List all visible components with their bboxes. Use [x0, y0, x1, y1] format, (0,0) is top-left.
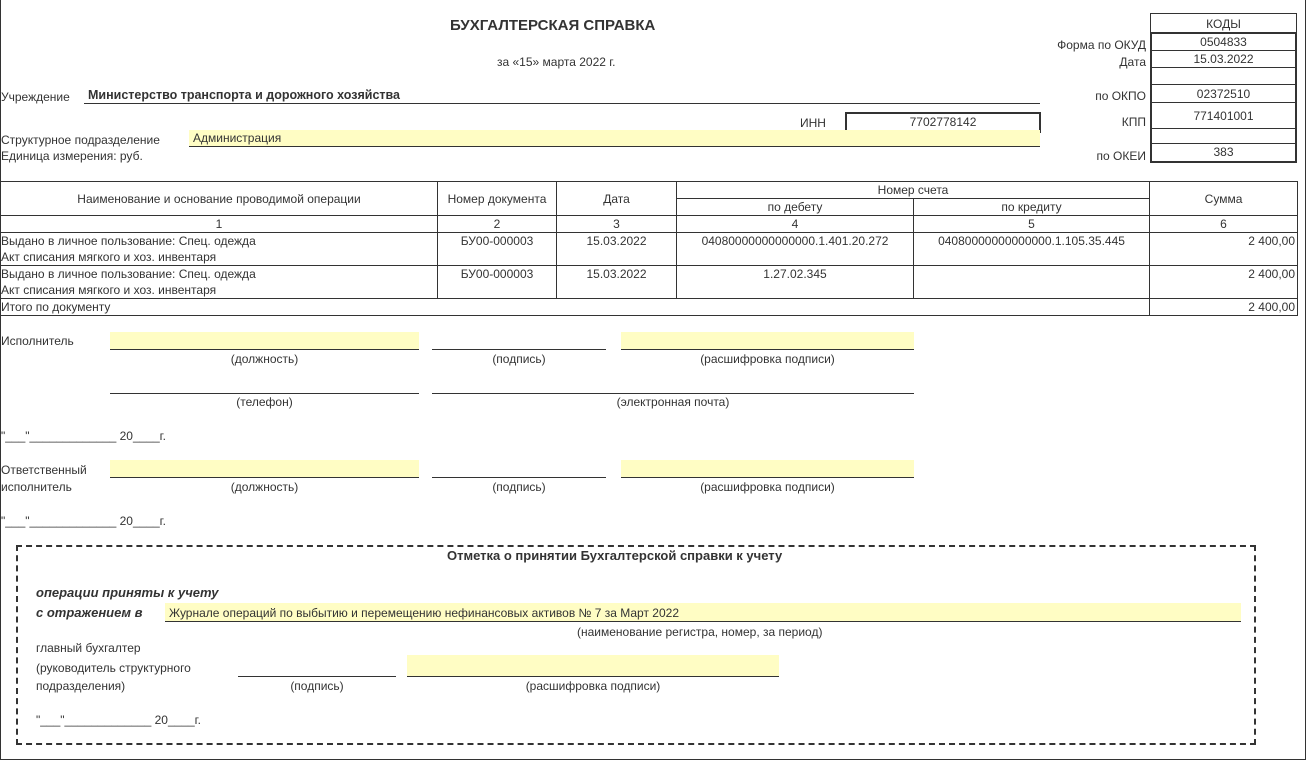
signature-caption: (подпись) — [238, 679, 396, 693]
header-date: Дата — [557, 182, 677, 216]
operation-line: Выдано в личное пользование: Спец. одежд… — [1, 233, 435, 249]
doc-number-cell: БУ00-000003 — [438, 266, 557, 299]
total-row: Итого по документу 2 400,00 — [1, 299, 1298, 316]
date-code-label: Дата — [996, 55, 1146, 69]
debit-cell: 04080000000000000.1.401.20.272 — [677, 233, 914, 266]
responsible-position-field[interactable] — [110, 460, 419, 478]
division-field[interactable]: Администрация — [189, 130, 1040, 147]
okpo-label: по ОКПО — [996, 89, 1146, 103]
executor-phone-field[interactable] — [110, 376, 419, 394]
signature-caption: (подпись) — [432, 352, 606, 366]
decoding-caption: (расшифровка подписи) — [621, 352, 914, 366]
phone-caption: (телефон) — [110, 395, 419, 409]
col-number: 2 — [438, 216, 557, 233]
credit-cell: 04080000000000000.1.105.35.445 — [914, 233, 1150, 266]
date-cell: 15.03.2022 — [557, 233, 677, 266]
responsible-decoding-field[interactable] — [621, 460, 914, 478]
executor-signature-field[interactable] — [432, 332, 606, 350]
total-sum: 2 400,00 — [1150, 299, 1298, 316]
executor-label: Исполнитель — [1, 334, 74, 348]
operation-line: Акт списания мягкого и хоз. инвентаря — [1, 249, 435, 265]
acceptance-title: Отметка о принятии Бухгалтерской справки… — [447, 548, 782, 563]
executor-decoding-field[interactable] — [621, 332, 914, 350]
inn-label: ИНН — [800, 116, 826, 130]
kpp-value: 771401001 — [1152, 103, 1295, 129]
position-caption: (должность) — [110, 352, 419, 366]
col-number: 3 — [557, 216, 677, 233]
chief-label-2: (руководитель структурного — [36, 661, 191, 675]
header-doc-number: Номер документа — [438, 182, 557, 216]
col-number: 5 — [914, 216, 1150, 233]
col-number: 6 — [1150, 216, 1298, 233]
empty-code-row — [1152, 68, 1295, 85]
credit-cell — [914, 266, 1150, 299]
okud-value: 0504833 — [1152, 34, 1295, 51]
register-field[interactable]: Журнале операций по выбытию и перемещени… — [165, 603, 1241, 622]
header-account: Номер счета — [677, 182, 1150, 199]
chief-label-3: подразделения) — [36, 679, 125, 693]
institution-field[interactable]: Министерство транспорта и дорожного хозя… — [84, 88, 1040, 104]
date-code-value: 15.03.2022 — [1152, 51, 1295, 68]
chief-decoding-field[interactable] — [407, 655, 779, 677]
executor-date: "___"_____________ 20____г. — [1, 429, 166, 443]
decoding-caption: (расшифровка подписи) — [621, 480, 914, 494]
col-number: 1 — [1, 216, 438, 233]
institution-label: Учреждение — [1, 90, 70, 104]
executor-position-field[interactable] — [110, 332, 419, 350]
codes-table: КОДЫ 0504833 15.03.2022 02372510 7714010… — [1150, 13, 1297, 163]
chief-signature-field[interactable] — [238, 659, 396, 677]
header-operation: Наименование и основание проводимой опер… — [1, 182, 438, 216]
header-debit: по дебету — [677, 199, 914, 216]
header-sum: Сумма — [1150, 182, 1298, 216]
register-caption: (наименование регистра, номер, за период… — [577, 625, 822, 639]
table-row: Выдано в личное пользование: Спец. одежд… — [1, 266, 1298, 299]
date-cell: 15.03.2022 — [557, 266, 677, 299]
okei-label: по ОКЕИ — [996, 149, 1146, 163]
signature-caption: (подпись) — [432, 480, 606, 494]
accepted-line-2: с отражением в — [36, 605, 142, 620]
responsible-signature-field[interactable] — [432, 460, 606, 478]
document-period: за «15» марта 2022 г. — [497, 55, 616, 69]
codes-header: КОДЫ — [1150, 13, 1297, 33]
okpo-value: 02372510 — [1152, 85, 1295, 103]
chief-label-1: главный бухгалтер — [36, 641, 141, 655]
unit-label: Единица измерения: руб. — [1, 149, 143, 163]
debit-cell: 1.27.02.345 — [677, 266, 914, 299]
header-credit: по кредиту — [914, 199, 1150, 216]
kpp-label: КПП — [996, 115, 1146, 129]
sum-cell: 2 400,00 — [1150, 233, 1298, 266]
table-row: Выдано в личное пользование: Спец. одежд… — [1, 233, 1298, 266]
acceptance-box — [16, 545, 1256, 745]
email-caption: (электронная почта) — [432, 395, 914, 409]
doc-number-cell: БУ00-000003 — [438, 233, 557, 266]
col-number: 4 — [677, 216, 914, 233]
okei-value: 383 — [1152, 144, 1295, 161]
division-label: Структурное подразделение — [1, 133, 160, 147]
position-caption: (должность) — [110, 480, 419, 494]
executor-email-field[interactable] — [432, 376, 914, 394]
responsible-label-2: исполнитель — [1, 480, 72, 494]
acceptance-date: "___"_____________ 20____г. — [36, 713, 201, 727]
responsible-date: "___"_____________ 20____г. — [1, 514, 166, 528]
operation-line: Выдано в личное пользование: Спец. одежд… — [1, 266, 435, 282]
operations-table: Наименование и основание проводимой опер… — [0, 181, 1298, 316]
operation-line: Акт списания мягкого и хоз. инвентаря — [1, 282, 435, 298]
accepted-line-1: операции приняты к учету — [36, 585, 218, 600]
total-label: Итого по документу — [1, 299, 1150, 316]
okud-label: Форма по ОКУД — [996, 38, 1146, 52]
responsible-label-1: Ответственный — [1, 463, 87, 477]
document-title: БУХГАЛТЕРСКАЯ СПРАВКА — [450, 17, 655, 34]
sum-cell: 2 400,00 — [1150, 266, 1298, 299]
decoding-caption: (расшифровка подписи) — [407, 679, 779, 693]
empty-code-row-2 — [1152, 129, 1295, 144]
